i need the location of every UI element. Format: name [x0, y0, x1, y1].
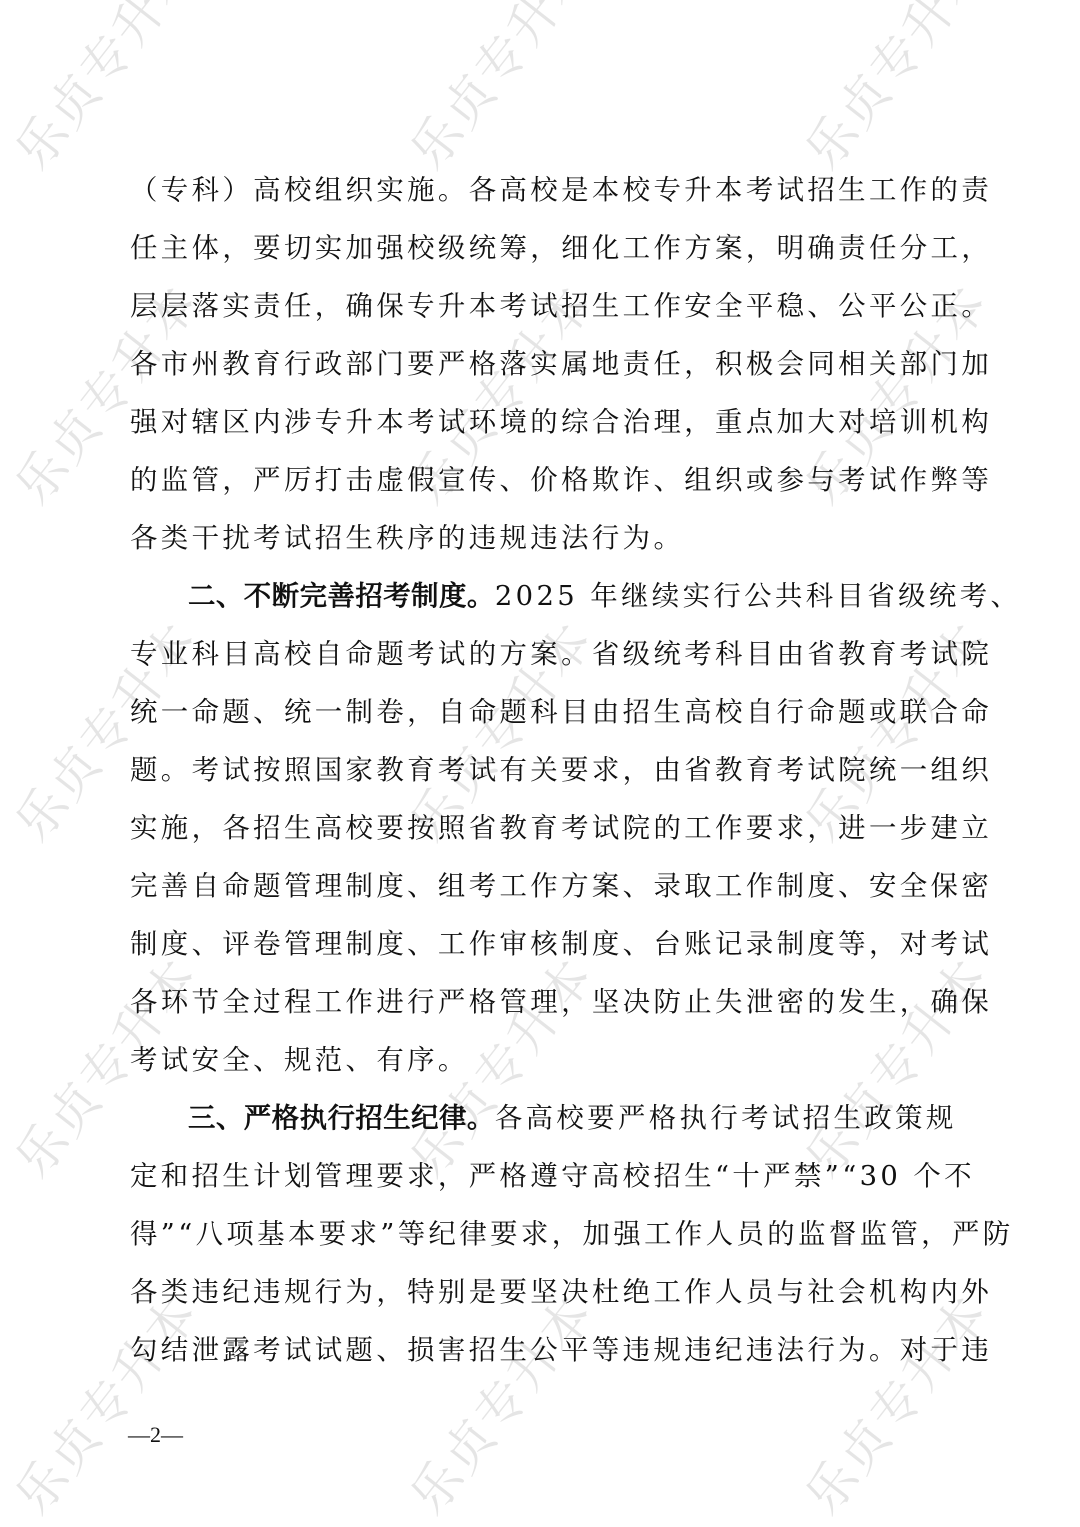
- text-line: 任主体，要切实加强校级统筹，细化工作方案，明确责任分工，: [130, 220, 952, 278]
- text-line: 层层落实责任，确保专升本考试招生工作安全平稳、公平公正。: [130, 278, 952, 336]
- text-line: 强对辖区内涉专升本考试环境的综合治理，重点加大对培训机构: [130, 394, 952, 452]
- section-2-paragraph: 二、不断完善招考制度。2025 年继续实行公共科目省级统考、 专业科目高校自命题…: [130, 568, 952, 1090]
- heading-trailing-text: 2025 年继续实行公共科目省级统考、: [495, 581, 1021, 612]
- text-line: 专业科目高校自命题考试的方案。省级统考科目由省教育考试院: [130, 626, 952, 684]
- text-line: 统一命题、统一制卷，自命题科目由招生高校自行命题或联合命: [130, 684, 952, 742]
- text-line: 实施，各招生高校要按照省教育考试院的工作要求，进一步建立: [130, 800, 952, 858]
- text-line: 考试安全、规范、有序。: [130, 1032, 952, 1090]
- document-page: 乐贞专升本 乐贞专升本 乐贞专升本 乐贞专升本 乐贞专升本 乐贞专升本 乐贞专升…: [0, 0, 1080, 1527]
- text-line: 各市州教育行政部门要严格落实属地责任，积极会同相关部门加: [130, 336, 952, 394]
- text-line: （专科）高校组织实施。各高校是本校专升本考试招生工作的责: [130, 162, 952, 220]
- watermark: 乐贞专升本: [0, 0, 212, 182]
- text-line: 完善自命题管理制度、组考工作方案、录取工作制度、安全保密: [130, 858, 952, 916]
- text-line: 定和招生计划管理要求，严格遵守高校招生“十严禁”“30 个不: [130, 1148, 952, 1206]
- text-line: 二、不断完善招考制度。2025 年继续实行公共科目省级统考、: [130, 568, 952, 626]
- text-line: 得”“八项基本要求”等纪律要求，加强工作人员的监督监管，严防: [130, 1206, 952, 1264]
- watermark: 乐贞专升本: [390, 0, 607, 182]
- section-3-paragraph: 三、严格执行招生纪律。各高校要严格执行考试招生政策规 定和招生计划管理要求，严格…: [130, 1090, 952, 1380]
- text-line: 各类干扰考试招生秩序的违规违法行为。: [130, 510, 952, 568]
- watermark: 乐贞专升本: [785, 0, 1002, 182]
- heading-trailing-text: 各高校要严格执行考试招生政策规: [495, 1103, 957, 1134]
- text-line: 各环节全过程工作进行严格管理，坚决防止失泄密的发生，确保: [130, 974, 952, 1032]
- text-line: 勾结泄露考试试题、损害招生公平等违规违纪违法行为。对于违: [130, 1322, 952, 1380]
- text-line: 的监管，严厉打击虚假宣传、价格欺诈、组织或参与考试作弊等: [130, 452, 952, 510]
- page-number: —2—: [128, 1422, 183, 1448]
- section-heading: 三、严格执行招生纪律。: [188, 1103, 495, 1134]
- paragraph-continuation: （专科）高校组织实施。各高校是本校专升本考试招生工作的责 任主体，要切实加强校级…: [130, 162, 952, 568]
- document-body: （专科）高校组织实施。各高校是本校专升本考试招生工作的责 任主体，要切实加强校级…: [130, 162, 952, 1380]
- text-line: 三、严格执行招生纪律。各高校要严格执行考试招生政策规: [130, 1090, 952, 1148]
- text-line: 题。考试按照国家教育考试有关要求，由省教育考试院统一组织: [130, 742, 952, 800]
- text-line: 制度、评卷管理制度、工作审核制度、台账记录制度等，对考试: [130, 916, 952, 974]
- section-heading: 二、不断完善招考制度。: [188, 581, 495, 612]
- text-line: 各类违纪违规行为，特别是要坚决杜绝工作人员与社会机构内外: [130, 1264, 952, 1322]
